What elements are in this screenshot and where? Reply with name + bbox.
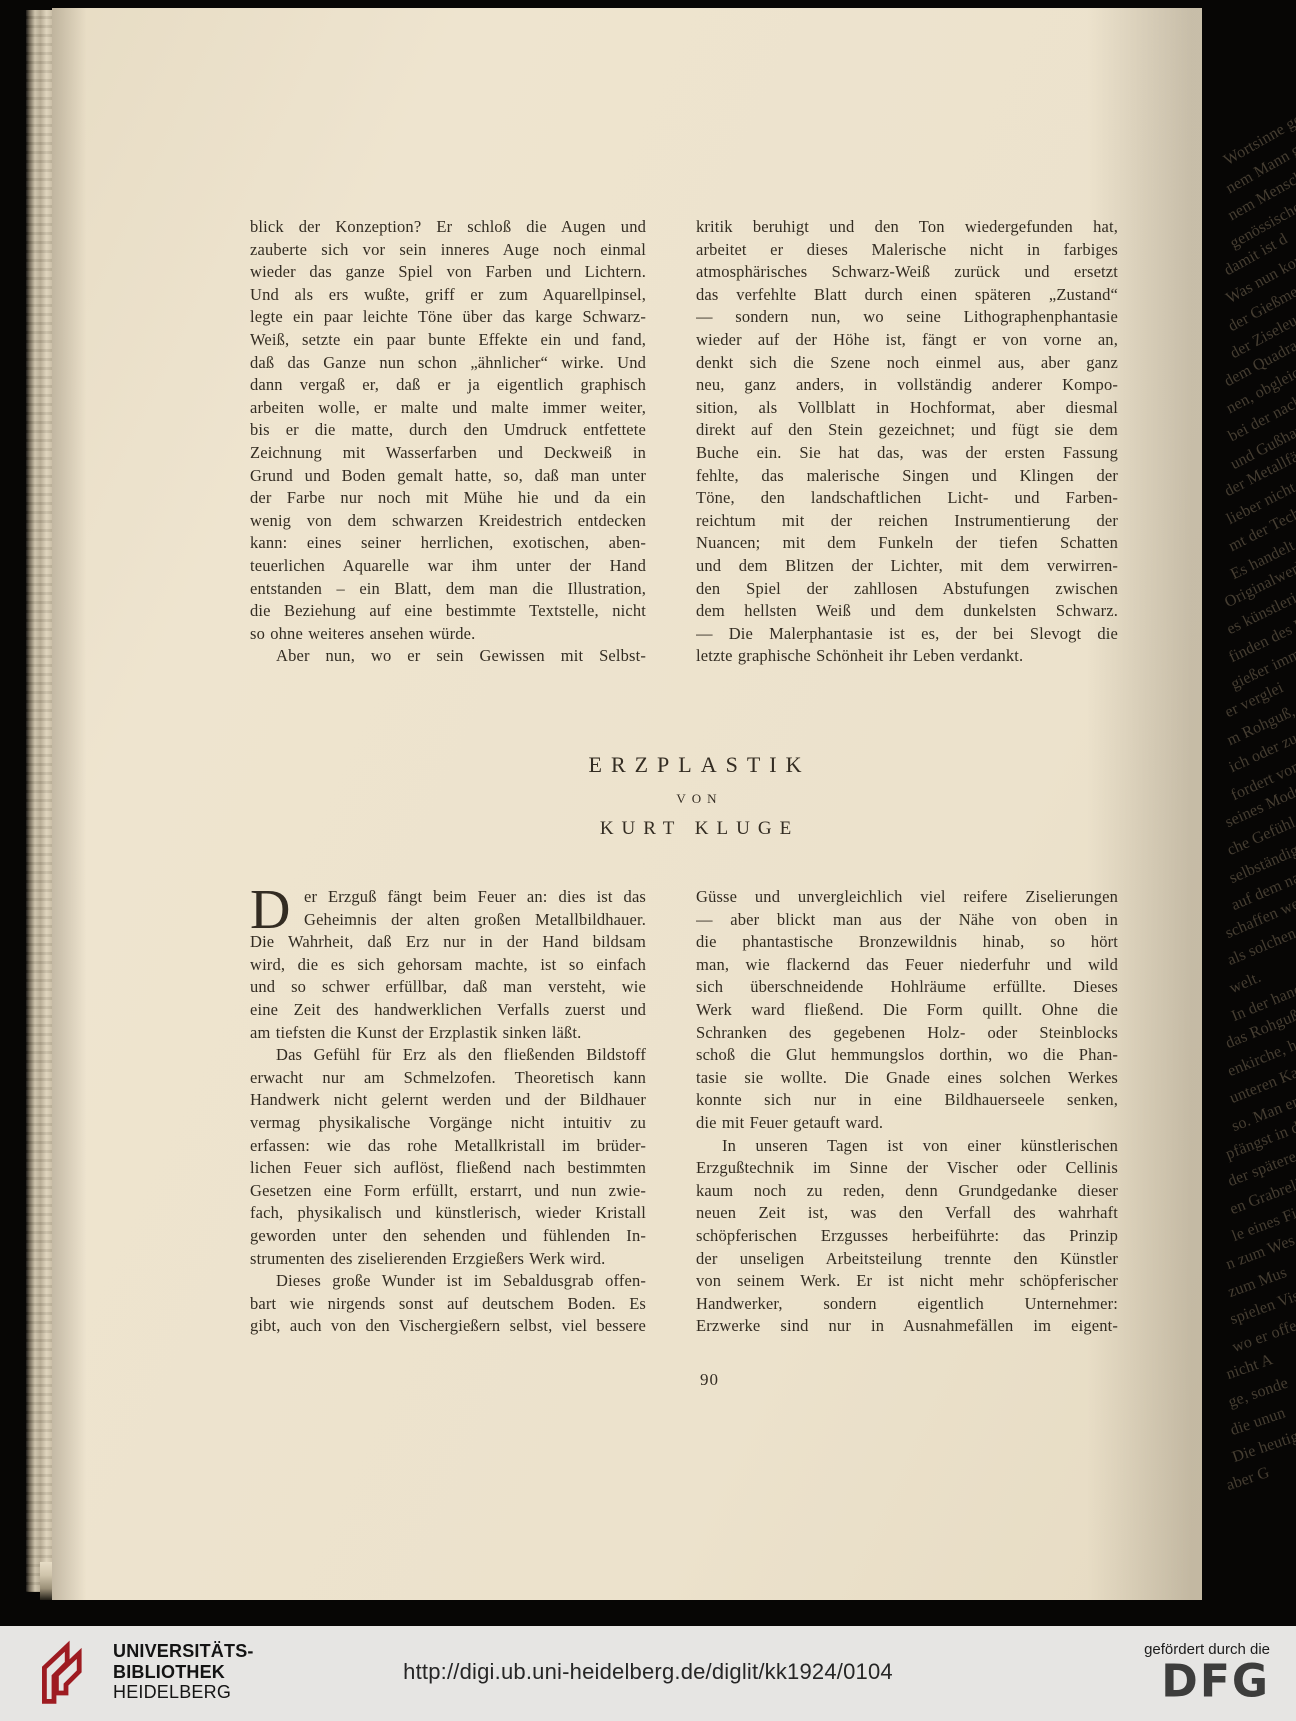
article-heading: ERZPLASTIK VON KURT KLUGE [267,752,1132,840]
text-line: Die Wahrheit, daß Erz nur in der Hand bi… [250,931,646,954]
text-line: Gesetzen eine Form erfüllt, erstarrt, un… [250,1180,646,1203]
dfg-funding: gefördert durch die DFG [1144,1641,1270,1701]
text-line: und so schwer erfüllbar, daß man versteh… [250,976,646,999]
text-line: Dieses große Wunder ist im Sebaldusgrab … [250,1270,646,1293]
text-line: — sondern nun, wo seine Lithographenphan… [696,306,1118,329]
text-line: sich überschneidende Hohlräume erfüllte.… [696,976,1118,999]
text-line: zauberte sich vor sein inneres Auge noch… [250,239,646,262]
dfg-logo: DFG [1144,1661,1270,1703]
source-url: http://digi.ub.uni-heidelberg.de/diglit/… [0,1659,1296,1685]
text-line: erfassen: wie das rohe Metallkristall im… [250,1135,646,1158]
text-line: geworden unter den sehenden und fühlende… [250,1225,646,1248]
text-line: das verfehlte Blatt durch einen späteren… [696,284,1118,307]
text-line: fehlte, das malerische Singen und Klinge… [696,465,1118,488]
column-top-right: kritik beruhigt und den Ton wiedergefund… [696,216,1118,668]
text-line: reichtum mit der reichen Instrumentierun… [696,510,1118,533]
text-line: die phantastische Bronzewildnis hinab, s… [696,931,1118,954]
page-number: 90 [700,1370,719,1390]
drop-cap: D [250,887,290,933]
text-line: bart wie nirgends sonst auf deutschem Bo… [250,1293,646,1316]
text-line: Grund und Boden gemalt hatte, so, daß ma… [250,465,646,488]
library-name-line3: HEIDELBERG [113,1682,254,1703]
text-line: blick der Konzeption? Er schloß die Auge… [250,216,646,239]
edge-text-fragment: aber G [1224,1464,1272,1495]
text-line: schöpferischen Erzgusses herbeiführte: d… [696,1225,1118,1248]
text-line: erwacht nur am Schmelzofen. Theoretisch … [250,1067,646,1090]
text-line: der Farbe nur noch mit Mühe hie und da e… [250,487,646,510]
text-line: und dem Blitzen der Lichter, mit dem ver… [696,555,1118,578]
text-line: arbeiten wolle, er malte und malte immer… [250,397,646,420]
text-line: entstanden – ein Blatt, dem man die Illu… [250,578,646,601]
text-line: Schranken des gegebenen Holz- oder Stein… [696,1022,1118,1045]
text-line: Werk ward fließend. Die Form quillt. Ohn… [696,999,1118,1022]
text-line: dann vergaß er, daß er ja eigentlich gra… [250,374,646,397]
text-line: — Die Malerphantasie ist es, der bei Sle… [696,623,1118,646]
text-line: bis er die matte, durch den Umdruck entf… [250,419,646,442]
text-line: tasie sie wollte. Die Gnade eines solche… [696,1067,1118,1090]
text-line: denkt sich die Szene noch einmel aus, ab… [696,352,1118,375]
text-line: vermag physikalische Vorgänge nicht intu… [250,1112,646,1135]
text-line: kaum noch zu reden, denn Grundgedanke di… [696,1180,1118,1203]
text-line: die mit Feuer getauft ward. [696,1112,1118,1135]
text-line: kritik beruhigt und den Ton wiedergefund… [696,216,1118,239]
text-line: Zeichnung mit Wasserfarben und Deckweiß … [250,442,646,465]
article-top: blick der Konzeption? Er schloß die Auge… [250,216,1118,668]
column-top-left: blick der Konzeption? Er schloß die Auge… [250,216,646,668]
column-bottom-left: D er Erzguß fängt beim Feuer an: dies is… [250,886,646,1338]
text-line: wenig von dem schwarzen Kreidestrich ent… [250,510,646,533]
text-line: strumenten des ziselierenden Erzgießers … [250,1248,646,1271]
text-line: legte ein paar leichte Töne über das kar… [250,306,646,329]
text-line: wird, die es sich gehorsam machte, ist s… [250,954,646,977]
text-line: kann: eines seiner herrlichen, exotische… [250,532,646,555]
text-line: Töne, den landschaftlichen Licht- und Fa… [696,487,1118,510]
text-line: den Spiel der zahllosen Abstufungen zwis… [696,578,1118,601]
text-line: gibt, auch von den Vischergießern selbst… [250,1315,646,1338]
text-line: atmosphärisches Schwarz-Weiß zurück und … [696,261,1118,284]
text-line: Das Gefühl für Erz als den fließenden Bi… [250,1044,646,1067]
text-line: Erzwerke sind nur in Ausnahmefällen im e… [696,1315,1118,1338]
article-author: KURT KLUGE [267,818,1132,840]
text-line: wieder auf der Höhe ist, fängt er von vo… [696,329,1118,352]
text-line: In unseren Tagen ist von einer künstleri… [696,1135,1118,1158]
text-line: fach, physikalisch und künstlerisch, wie… [250,1202,646,1225]
text-line: Geheimnis der alten großen Metallbildhau… [250,909,646,932]
digitization-footer: UNIVERSITÄTS- BIBLIOTHEK HEIDELBERG http… [0,1626,1296,1721]
text-line: von seinem Werk. Er ist nicht mehr schöp… [696,1270,1118,1293]
text-line: er Erzguß fängt beim Feuer an: dies ist … [250,886,646,909]
text-line: teuerlichen Aquarelle war ihm unter der … [250,555,646,578]
text-line: sition, als Vollblatt in Hochformat, abe… [696,397,1118,420]
column-bottom-right: Güsse und unvergleichlich viel reifere Z… [696,886,1118,1338]
article-bottom: D er Erzguß fängt beim Feuer an: dies is… [250,886,1118,1338]
text-line: lichen Feuer sich auflöst, fließend nach… [250,1157,646,1180]
text-line: letzte graphische Schönheit ihr Leben ve… [696,645,1118,668]
text-line: eine Zeit des handwerklichen Verfalls zu… [250,999,646,1022]
book-scan: blick der Konzeption? Er schloß die Auge… [0,0,1296,1721]
text-line: daß das Ganze nun schon „ähnlicher“ wirk… [250,352,646,375]
text-line: Handwerker, sondern eigentlich Unternehm… [696,1293,1118,1316]
edge-text-fragment: welt. [1227,969,1264,998]
text-line: konnte sich nur in eine Bildhauerseele s… [696,1089,1118,1112]
text-line: der unseligen Arbeitsteilung trennte den… [696,1248,1118,1271]
text-line: neuen Zeit ist, was den Verfall des wahr… [696,1202,1118,1225]
text-line: wieder das ganze Spiel von Farben und Li… [250,261,646,284]
text-line: Erzgußtechnik im Sinne der Vischer oder … [696,1157,1118,1180]
text-line: am tiefsten die Kunst der Erzplastik sin… [250,1022,646,1045]
text-line: Und als ers wußte, griff er zum Aquarell… [250,284,646,307]
text-line: schoß die Glut hemmungslos dorthin, wo d… [696,1044,1118,1067]
text-line: man, wie flackernd das Feuer niederfuhr … [696,954,1118,977]
text-line: Aber nun, wo er sein Gewissen mit Selbst… [250,645,646,668]
article-title: ERZPLASTIK [267,752,1132,778]
text-line: — aber blickt man aus der Nähe von oben … [696,909,1118,932]
text-line: neu, ganz anders, in vollständig anderer… [696,374,1118,397]
text-line: Buche ein. Sie hat das, was der ersten F… [696,442,1118,465]
text-line: Handwerk nicht gelernt werden und der Bi… [250,1089,646,1112]
scanned-page: blick der Konzeption? Er schloß die Auge… [52,8,1202,1600]
text-line: die Beziehung auf eine bestimmte Textste… [250,600,646,623]
text-line: dem hellsten Weiß und dem dunkelsten Sch… [696,600,1118,623]
article-byline: VON [267,791,1132,807]
text-line: Nuancen; mit dem Funkeln der tiefen Scha… [696,532,1118,555]
text-line: Güsse und unvergleichlich viel reifere Z… [696,886,1118,909]
text-line: arbeitet er dieses Malerische nicht in f… [696,239,1118,262]
next-page-fore-edge: Wortsinne genem Mann genem Menschegenöss… [1202,0,1296,1556]
text-line: Weiß, setzte ein paar bunte Effekte ein … [250,329,646,352]
text-line: so ohne weiteres ansehen würde. [250,623,646,646]
text-line: direkt auf den Stein gezeichnet; und füg… [696,419,1118,442]
